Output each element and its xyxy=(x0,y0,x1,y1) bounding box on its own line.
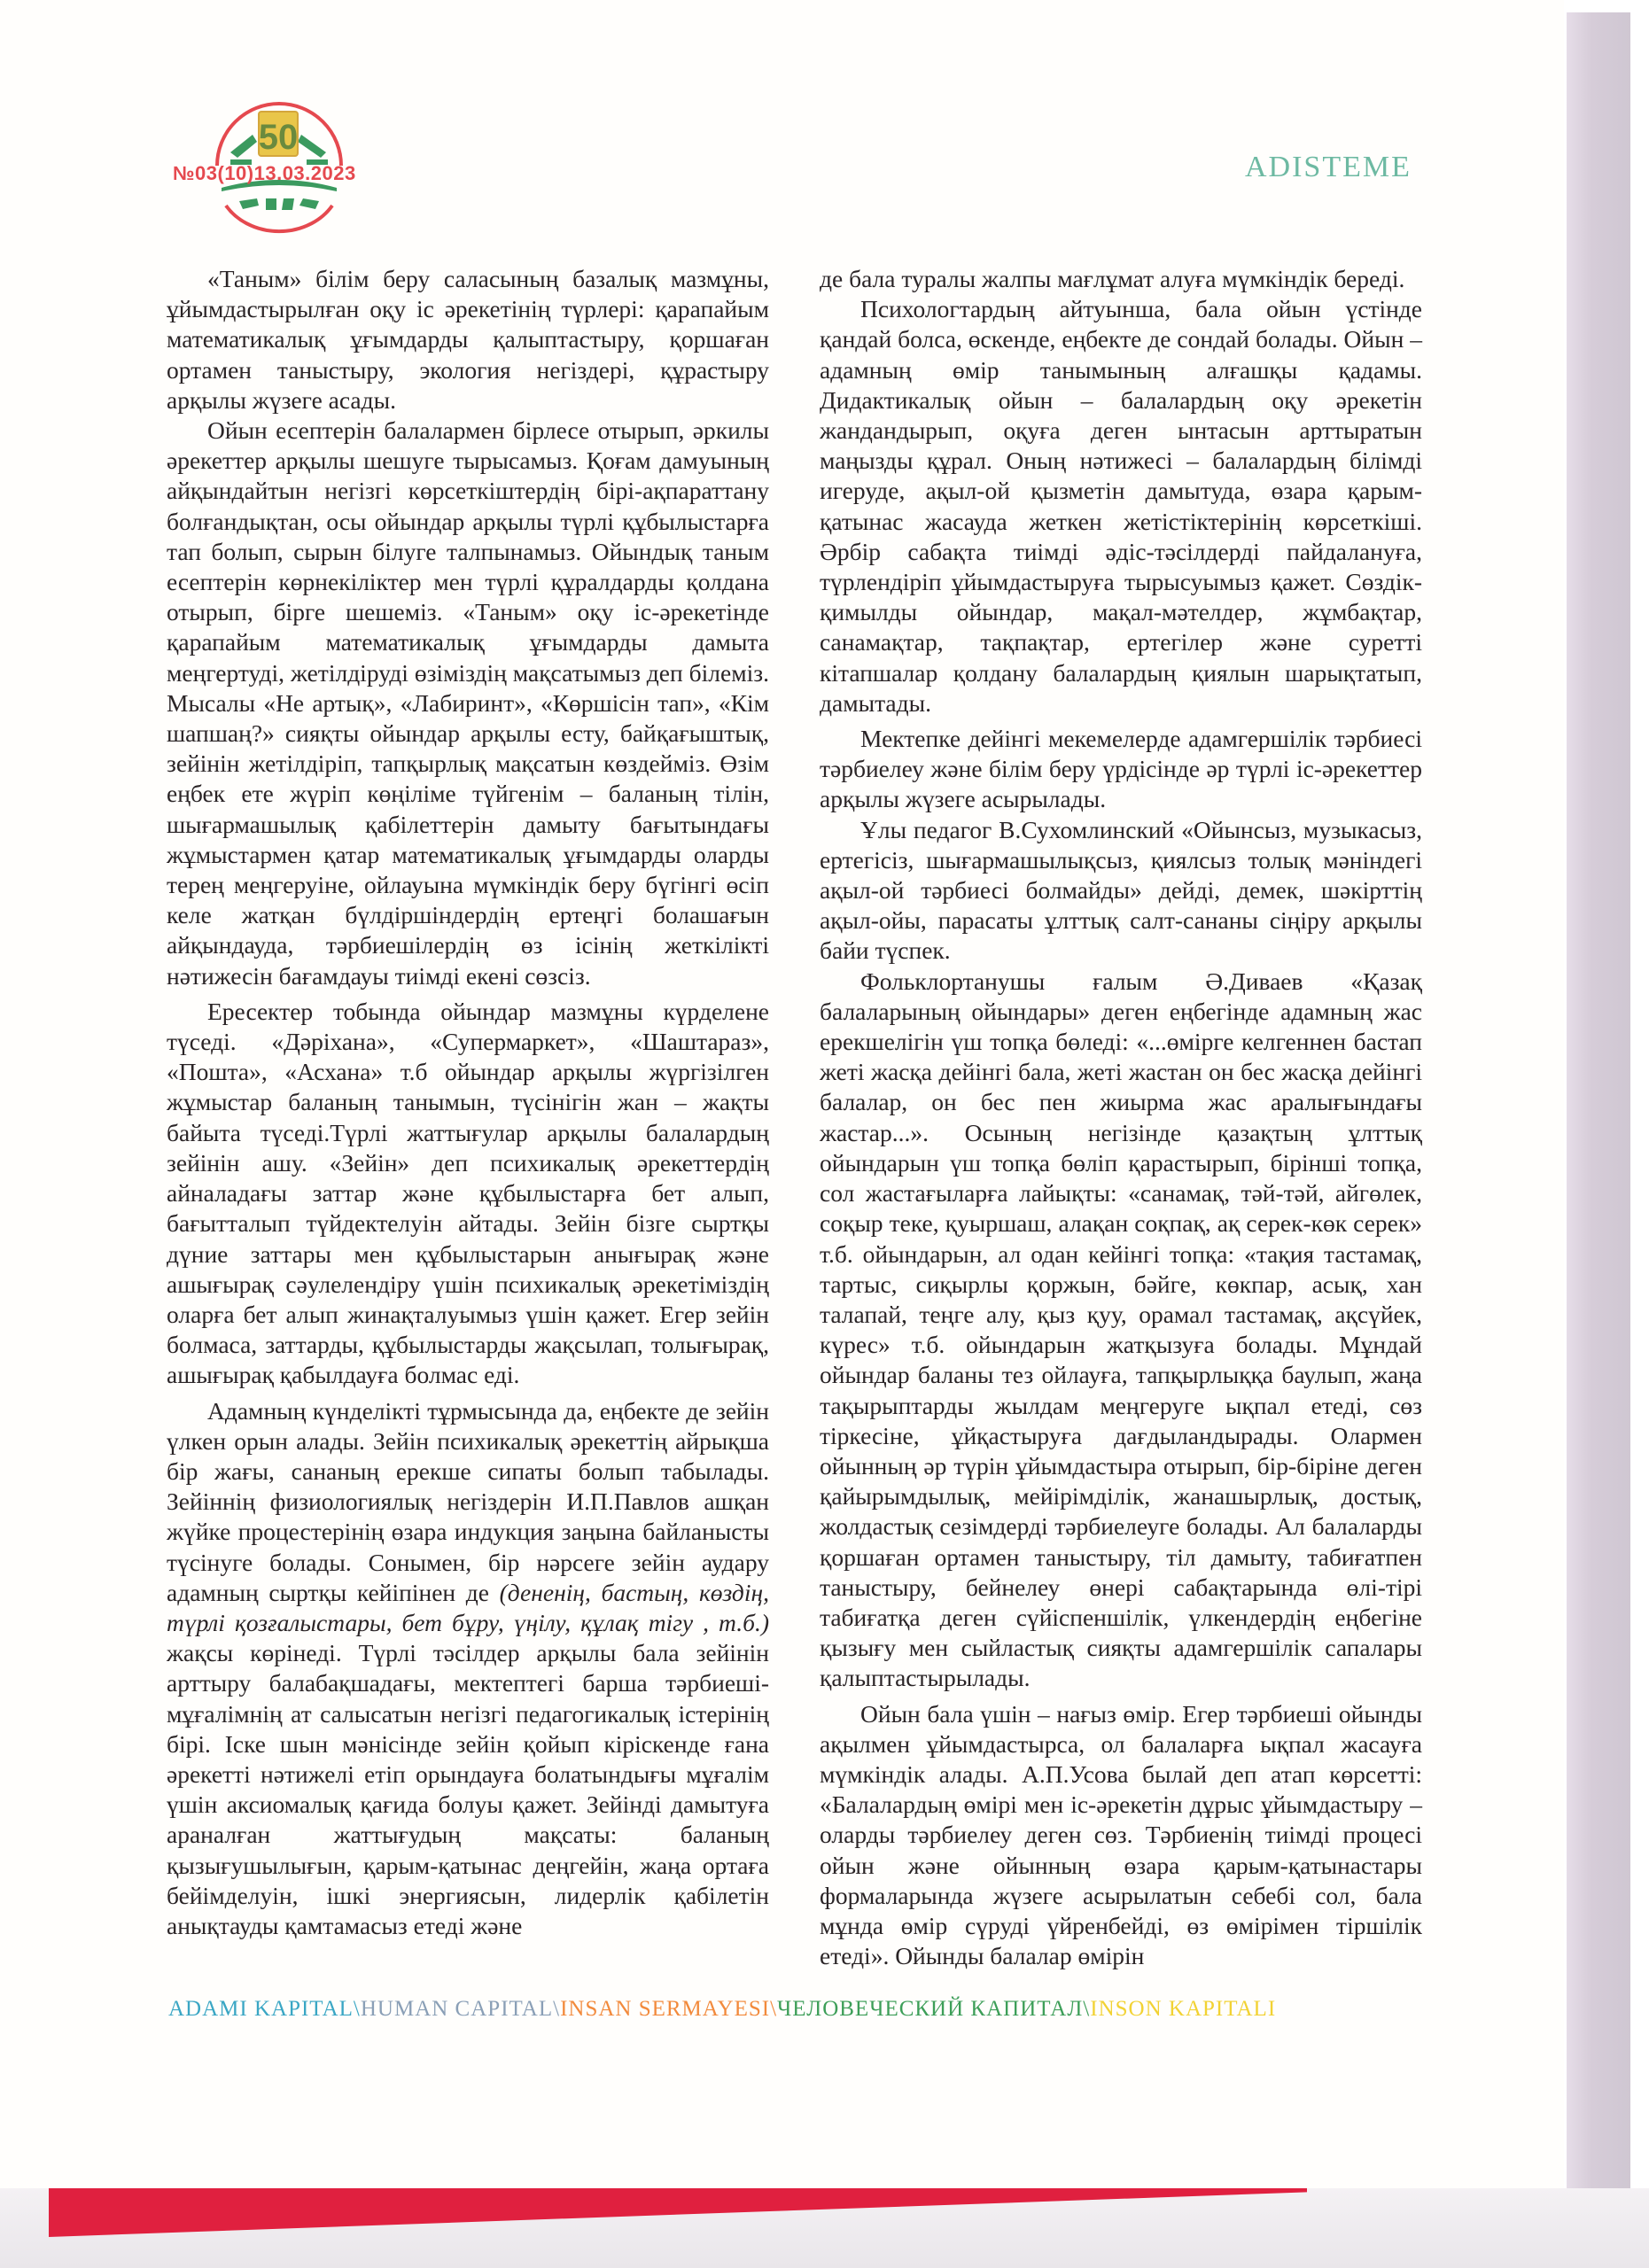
paragraph-text: жақсы көрінеді. Түрлі тәсілдер арқылы ба… xyxy=(167,1639,769,1939)
left-column: «Таным» білім беру саласының базалық маз… xyxy=(167,264,769,1941)
footer-part: HUMAN CAPITAL\ xyxy=(361,1997,560,2021)
issue-number: №03(10)13.03.2023 xyxy=(173,162,356,185)
svg-text:50: 50 xyxy=(259,118,299,157)
paragraph: Фольклортанушы ғалым Ә.Диваев «Қазақ бал… xyxy=(820,967,1422,1694)
footer-part: INSON KAPITALI xyxy=(1090,1997,1276,2021)
paragraph: Ойын бала үшін – нағыз өмір. Егер тәрбие… xyxy=(820,1699,1422,1972)
paragraph: «Таным» білім беру саласының базалық маз… xyxy=(167,264,769,416)
footer-tagline: ADAMI KAPITAL\HUMAN CAPITAL\INSAN SERMAY… xyxy=(168,1997,1427,2022)
footer-part: ЧЕЛОВЕЧЕСКИЙ КАПИТАЛ\ xyxy=(777,1997,1090,2021)
paragraph-text: Адамның күнделікті тұрмысында да, еңбект… xyxy=(167,1397,769,1606)
magazine-page: 50 №03(10)13.03.2023 ADISTEME «Таным» бі… xyxy=(0,0,1564,2197)
paragraph: Мектепке дейінгі мекемелерде адамгершілі… xyxy=(820,724,1422,815)
footer-part: INSAN SERMAYESI\ xyxy=(560,1997,777,2021)
journal-title: ADISTEME xyxy=(1245,151,1412,184)
paragraph: де бала туралы жалпы мағлұмат алуға мүмк… xyxy=(820,264,1422,294)
page-edge xyxy=(1567,12,1630,2218)
paragraph: Адамның күнделікті тұрмысында да, еңбект… xyxy=(167,1396,769,1942)
paragraph: Ересектер тобында ойындар мазмұны күрдел… xyxy=(167,997,769,1391)
paragraph: Ойын есептерін балалармен бірлесе отырып… xyxy=(167,416,769,991)
paragraph: Психологтардың айтуынша, бала ойын үстін… xyxy=(820,294,1422,718)
right-column: де бала туралы жалпы мағлұмат алуға мүмк… xyxy=(820,264,1422,1971)
footer-part: ADAMI KAPITAL\ xyxy=(168,1997,361,2021)
paragraph: Ұлы педагог В.Сухомлинский «Ойынсыз, муз… xyxy=(820,815,1422,967)
